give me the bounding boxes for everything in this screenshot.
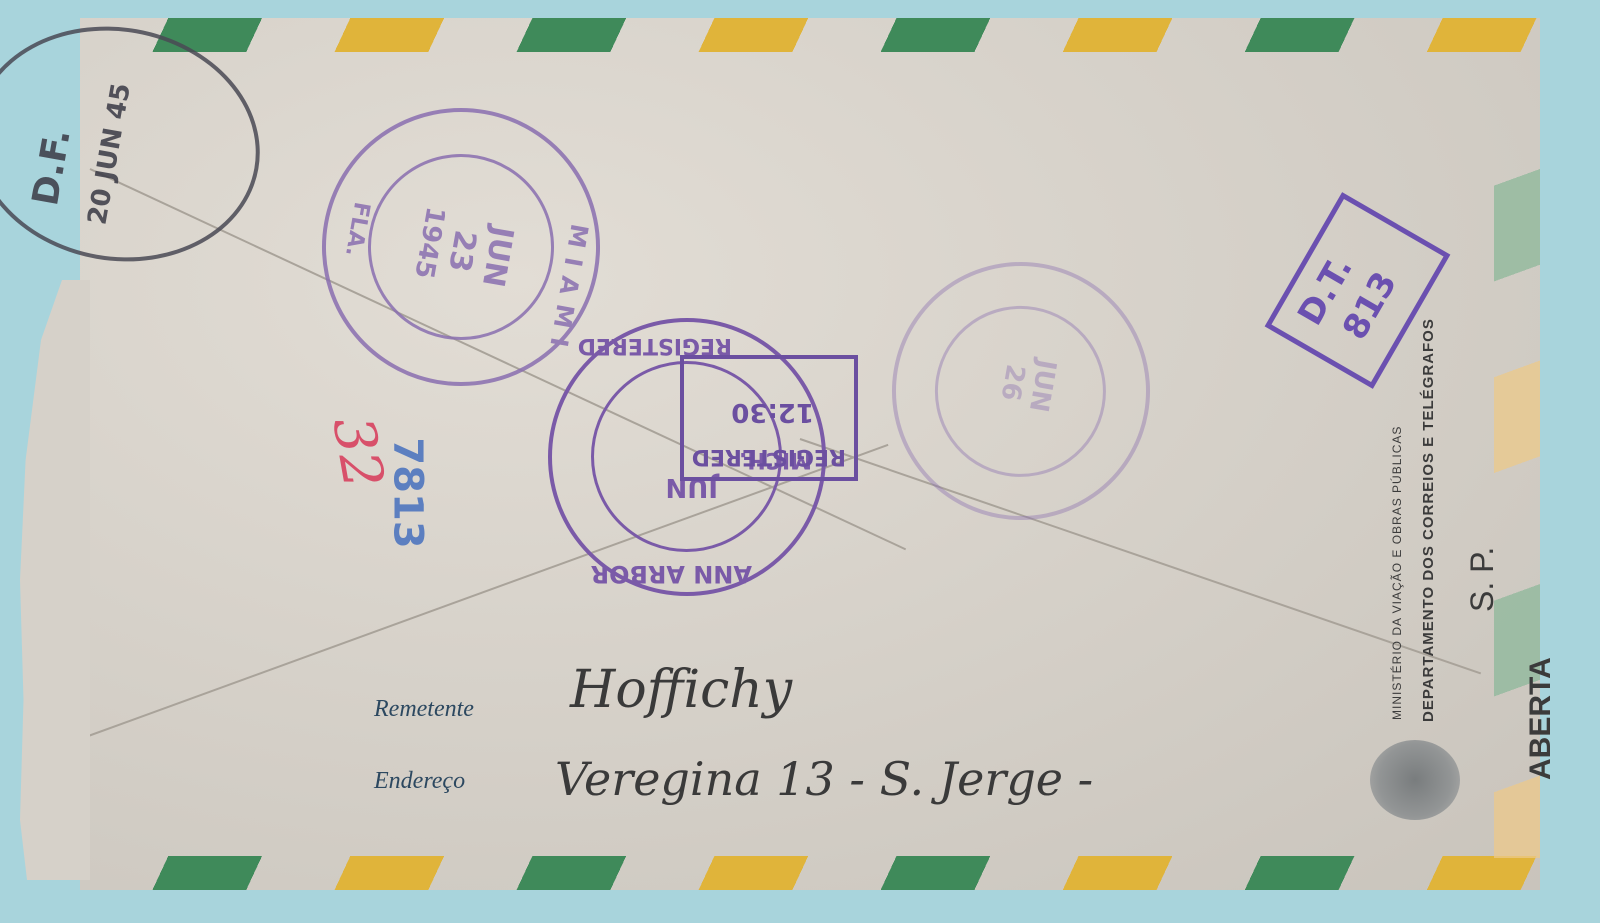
edge-label: ABERTA [1524,657,1558,780]
postmark-day: 26 [994,362,1030,403]
airmail-border-bottom [80,856,1540,890]
brazil-coat-of-arms-seal [1370,740,1460,820]
registered-boxed-mark: REGISTERED 12:30 [680,355,858,481]
postmark-day: 23 [441,227,483,274]
sender-signature: Hoffichy [570,660,792,720]
ministry-text: MINISTÉRIO DA VIAÇÃO E OBRAS PÚBLICAS [1390,426,1404,720]
flap-crease-right [800,438,1481,674]
sender-label: Remetente [374,696,474,723]
state-code: S. P. [1464,547,1501,612]
airmail-border-top [80,18,1540,52]
postmark-city: ANN ARBOR [591,560,752,588]
cancel-date: 20 JUN 45 [82,81,136,227]
address-label: Endereço [374,768,465,795]
registered-label: REGISTERED [692,444,846,469]
sender-address: Veregina 13 - S. Jerge - [555,752,1093,806]
registered-time: 12:30 [731,397,814,427]
torn-edge [20,280,90,880]
department-text: DEPARTAMENTO DOS CORREIOS E TELÉGRAFOS [1420,318,1437,722]
cancel-code: D.F. [25,126,79,209]
blue-registration-number: 7813 [385,437,431,548]
